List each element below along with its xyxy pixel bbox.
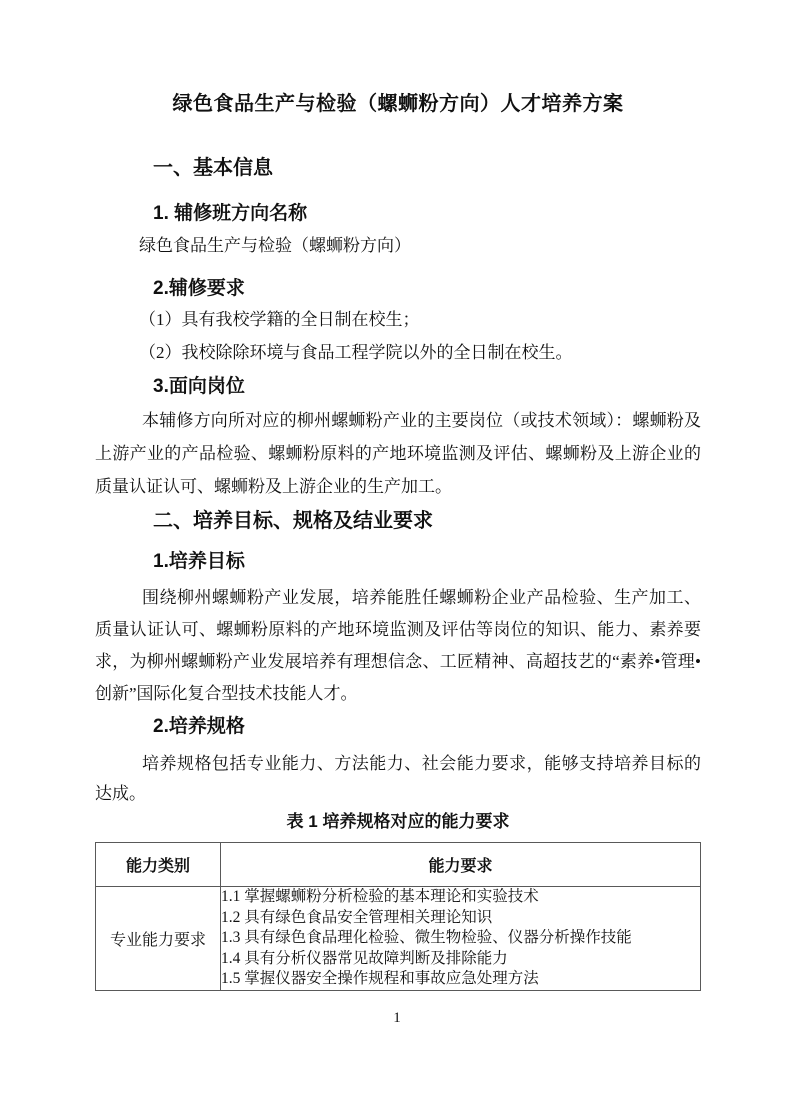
minor-requirement-item-1: （1）具有我校学籍的全日制在校生； (139, 307, 701, 333)
table1-row-professional: 专业能力要求 1.1 掌握螺蛳粉分析检验的基本理论和实验技术 1.2 具有绿色食… (96, 887, 701, 991)
table1-capability-requirements: 能力类别 能力要求 专业能力要求 1.1 掌握螺蛳粉分析检验的基本理论和实验技术… (95, 842, 701, 991)
page-content: 绿色食品生产与检验（螺蛳粉方向）人才培养方案 一、基本信息 1. 辅修班方向名称… (95, 0, 701, 991)
table1-header-category: 能力类别 (96, 843, 221, 887)
table1-header-requirement: 能力要求 (221, 843, 701, 887)
heading-training-spec: 2.培养规格 (153, 714, 701, 739)
page-number: 1 (0, 1008, 794, 1028)
document-title: 绿色食品生产与检验（螺蛳粉方向）人才培养方案 (95, 90, 701, 118)
heading-goals-section: 二、培养目标、规格及结业要求 (153, 508, 701, 534)
heading-target-jobs: 3.面向岗位 (153, 374, 701, 399)
minor-name-text: 绿色食品生产与检验（螺蛳粉方向） (139, 233, 701, 259)
heading-minor-name: 1. 辅修班方向名称 (153, 201, 701, 226)
requirement-line-5: 1.5 掌握仪器安全操作规程和事故应急处理方法 (221, 969, 700, 990)
table1-cell-category: 专业能力要求 (96, 887, 221, 991)
requirement-line-1: 1.1 掌握螺蛳粉分析检验的基本理论和实验技术 (221, 887, 700, 908)
target-jobs-paragraph: 本辅修方向所对应的柳州螺蛳粉产业的主要岗位（或技术领域）：螺蛳粉及上游产业的产品… (95, 404, 701, 503)
training-spec-paragraph: 培养规格包括专业能力、方法能力、社会能力要求，能够支持培养目标的达成。 (95, 749, 701, 809)
heading-training-goal: 1.培养目标 (153, 549, 701, 574)
requirement-line-2: 1.2 具有绿色食品安全管理相关理论知识 (221, 908, 700, 929)
training-goal-paragraph: 围绕柳州螺蛳粉产业发展，培养能胜任螺蛳粉企业产品检验、生产加工、质量认证认可、螺… (95, 582, 701, 710)
minor-requirement-item-2: （2）我校除除环境与食品工程学院以外的全日制在校生。 (139, 340, 701, 366)
table1-cell-requirements: 1.1 掌握螺蛳粉分析检验的基本理论和实验技术 1.2 具有绿色食品安全管理相关… (221, 887, 701, 991)
heading-minor-requirements: 2.辅修要求 (153, 276, 701, 301)
table1-caption: 表 1 培养规格对应的能力要求 (95, 809, 701, 835)
table1-header-row: 能力类别 能力要求 (96, 843, 701, 887)
heading-basic-info: 一、基本信息 (153, 155, 701, 181)
document-page: 绿色食品生产与检验（螺蛳粉方向）人才培养方案 一、基本信息 1. 辅修班方向名称… (0, 0, 794, 1108)
requirement-line-3: 1.3 具有绿色食品理化检验、微生物检验、仪器分析操作技能 (221, 928, 700, 949)
requirement-line-4: 1.4 具有分析仪器常见故障判断及排除能力 (221, 949, 700, 970)
